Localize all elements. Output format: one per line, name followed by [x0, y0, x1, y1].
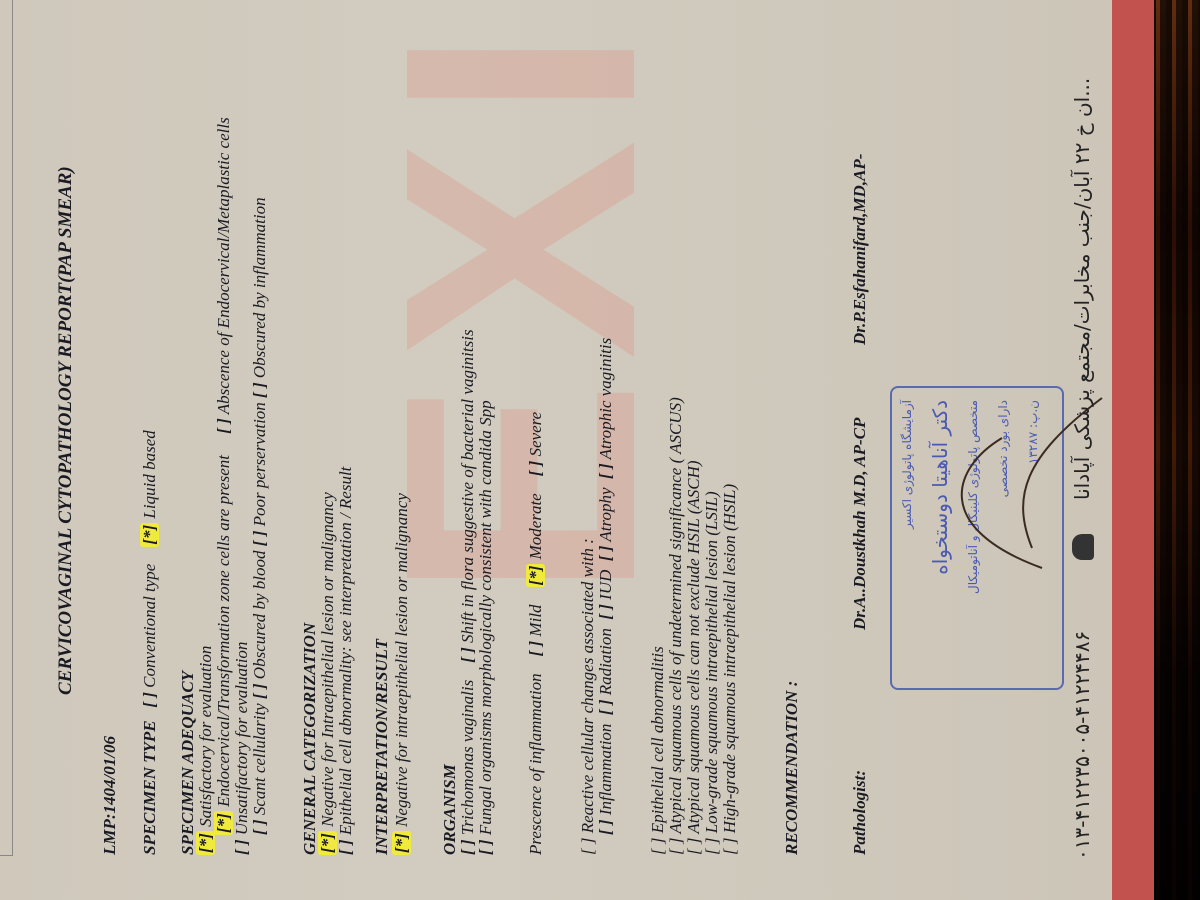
lmp-date: LMP:1404/01/06	[100, 736, 120, 855]
checkbox-liquid-based[interactable]: [*]	[140, 523, 159, 547]
report-title: CERVICOVAGINAL CYTOPATHOLOGY REPORT(PAP …	[55, 166, 77, 695]
checkbox-atrophic-vaginitis[interactable]: [ ]	[596, 463, 615, 479]
reactive-options-row: [ ] Inflammation [ ] Radiation [ ] IUD […	[596, 338, 616, 835]
unsatisfactory-reasons-row: [ ] Scant cellularity [ ] Obscured by bl…	[250, 197, 270, 835]
unsatisfactory-row: [ ] Unsatifactory for evaluation	[232, 642, 252, 855]
checkbox-blood[interactable]: [ ]	[250, 683, 269, 699]
checkbox-endocervical[interactable]: [*]	[214, 811, 233, 835]
checkbox-absence-endocervical[interactable]: [ ]	[214, 418, 233, 434]
checkbox-inflammation-obscured[interactable]: [ ]	[250, 382, 269, 398]
organism-heading: ORGANISM	[440, 764, 460, 855]
interpretation-row: [*] Negative for intraepithelial lesion …	[392, 493, 412, 855]
endocervical-label: Endocervical/Transformation zone cells a…	[214, 455, 233, 807]
footer-phone: ۰۱۳-۴۱۲۲۳۵۰۰۵-۴۱۲۲۴۴۸۶	[1070, 631, 1094, 860]
recommendation-label: RECOMMENDATION :	[782, 681, 802, 855]
atrophic-vaginitis-label: Atrophic vaginitis	[596, 338, 615, 460]
blood-label: Obscured by blood	[250, 550, 269, 679]
organism-row-2: [ ] Fungal organisms morphologically con…	[476, 400, 496, 855]
iud-label: IUD	[596, 570, 615, 600]
mild-label: Mild	[526, 604, 545, 636]
negative-row: [*] Negative for Intraepithelial lesion …	[318, 492, 338, 855]
reactive-inflammation-label: Inflammation	[596, 724, 615, 816]
shift-flora-label: Shift in flora suggestive of bacterial v…	[458, 329, 477, 643]
checkbox-conventional[interactable]: [ ]	[140, 692, 159, 708]
asch-option[interactable]: [ ] Atypical squamous cells can not excl…	[684, 460, 704, 855]
inflammation-label: Prescence of inflammation	[526, 673, 545, 855]
interpretation-heading: INTERPRETATION/RESULT	[372, 639, 392, 855]
report-body: CERVICOVAGINAL CYTOPATHOLOGY REPORT(PAP …	[0, 0, 1112, 900]
interpretation-negative-label: Negative for intraepithelial lesion or m…	[392, 493, 411, 827]
endocervical-row: [*] Endocervical/Transformation zone cel…	[214, 117, 234, 835]
trichomonas-label: Trichomonas vaginalis	[458, 680, 477, 835]
phone-icon	[1072, 534, 1094, 560]
checkbox-fungal[interactable]: [ ]	[476, 839, 495, 855]
hsil-option[interactable]: [ ] High-grade squamous intraepithelial …	[720, 484, 740, 855]
scant-label: Scant cellularity	[250, 703, 269, 815]
satisfactory-label: Satisfactory for evaluation	[196, 646, 215, 827]
inflammation-obscured-label: Obscured by inflammation	[250, 197, 269, 378]
inflammation-row: Prescence of inflammation [ ] Mild [*] M…	[526, 412, 546, 855]
checkbox-trichomonas[interactable]: [ ]	[458, 839, 477, 855]
lsil-option[interactable]: [ ] Low-grade squamous intraepithelial l…	[702, 491, 722, 855]
general-categorization-heading: GENERAL CATEGORIZATION	[300, 623, 320, 855]
radiation-label: Radiation	[596, 628, 615, 695]
rotated-document: EXIR CERVICOVAGINAL CYTOPATHOLOGY REPORT…	[0, 0, 1112, 900]
unsatisfactory-label: Unsatifactory for evaluation	[232, 642, 251, 836]
epithelial-abnormality-label: Epithelial cell abnormality: see interpr…	[336, 467, 355, 836]
checkbox-negative[interactable]: [*]	[318, 831, 337, 855]
reactive-heading: [ ] Reactive cellular changes associated…	[578, 538, 598, 855]
checkbox-iud[interactable]: [ ]	[596, 604, 615, 620]
specimen-type-row: SPECIMEN TYPE [ ] Conventional type [*] …	[140, 430, 160, 855]
checkbox-interpretation-negative[interactable]: [*]	[392, 831, 411, 855]
checkbox-unsatisfactory[interactable]: [ ]	[232, 839, 251, 855]
ascus-option[interactable]: [ ] Atypical squamous cells of undetermi…	[666, 397, 686, 855]
footer-address: ...ان خ ۲۲ آبان/جنب مخابرات/مجتمع پزشکی …	[1070, 78, 1094, 500]
absence-endocervical-label: Abscence of Endocervical/Metaplastic cel…	[214, 117, 233, 414]
pathologist-1: Dr.A..Doustkhah M.D, AP-CP	[850, 418, 870, 630]
negative-label: Negative for Intraepithelial lesion or m…	[318, 492, 337, 827]
checkbox-atrophy[interactable]: [ ]	[596, 546, 615, 562]
epithelial-abnormality-row: [ ] Epithelial cell abnormality: see int…	[336, 467, 356, 855]
checkbox-severe[interactable]: [ ]	[526, 461, 545, 477]
background-carpet	[1150, 0, 1200, 900]
epithelial-heading: [ ] Epithelial cell abnormalitis	[648, 646, 668, 855]
pathologist-stamp: آزمایشگاه پاتولوژی اکسیر دکتر آناهیتا دو…	[890, 386, 1064, 690]
checkbox-epithelial-abnormality[interactable]: [ ]	[336, 839, 355, 855]
organism-row-1: [ ] Trichomonas vaginalis [ ] Shift in f…	[458, 329, 478, 855]
checkbox-moderate[interactable]: [*]	[526, 564, 545, 588]
satisfactory-row: [*] Satisfactory for evaluation	[196, 646, 216, 855]
checkbox-reactive-inflammation[interactable]: [ ]	[596, 819, 615, 835]
fungal-label: Fungal organisms morphologically consist…	[476, 400, 495, 835]
option-conventional: Conventional type	[140, 564, 159, 688]
severe-label: Severe	[526, 412, 545, 457]
moderate-label: Moderate	[526, 493, 545, 559]
checkbox-shift-flora[interactable]: [ ]	[458, 647, 477, 663]
checkbox-mild[interactable]: [ ]	[526, 641, 545, 657]
red-folder	[1110, 0, 1154, 900]
pathologist-label: Pathologist:	[850, 770, 870, 855]
checkbox-satisfactory[interactable]: [*]	[196, 831, 215, 855]
specimen-adequacy-heading: SPECIMEN ADEQUACY	[178, 671, 198, 855]
option-liquid-based: Liquid based	[140, 430, 159, 518]
specimen-type-label: SPECIMEN TYPE	[140, 720, 159, 855]
atrophy-label: Atrophy	[596, 487, 615, 541]
checkbox-scant[interactable]: [ ]	[250, 819, 269, 835]
pathologist-2: Dr.P.Esfahanifard,MD,AP-	[850, 154, 870, 345]
checkbox-preservation[interactable]: [ ]	[250, 531, 269, 547]
checkbox-radiation[interactable]: [ ]	[596, 699, 615, 715]
preservation-label: Poor perservation	[250, 402, 269, 526]
